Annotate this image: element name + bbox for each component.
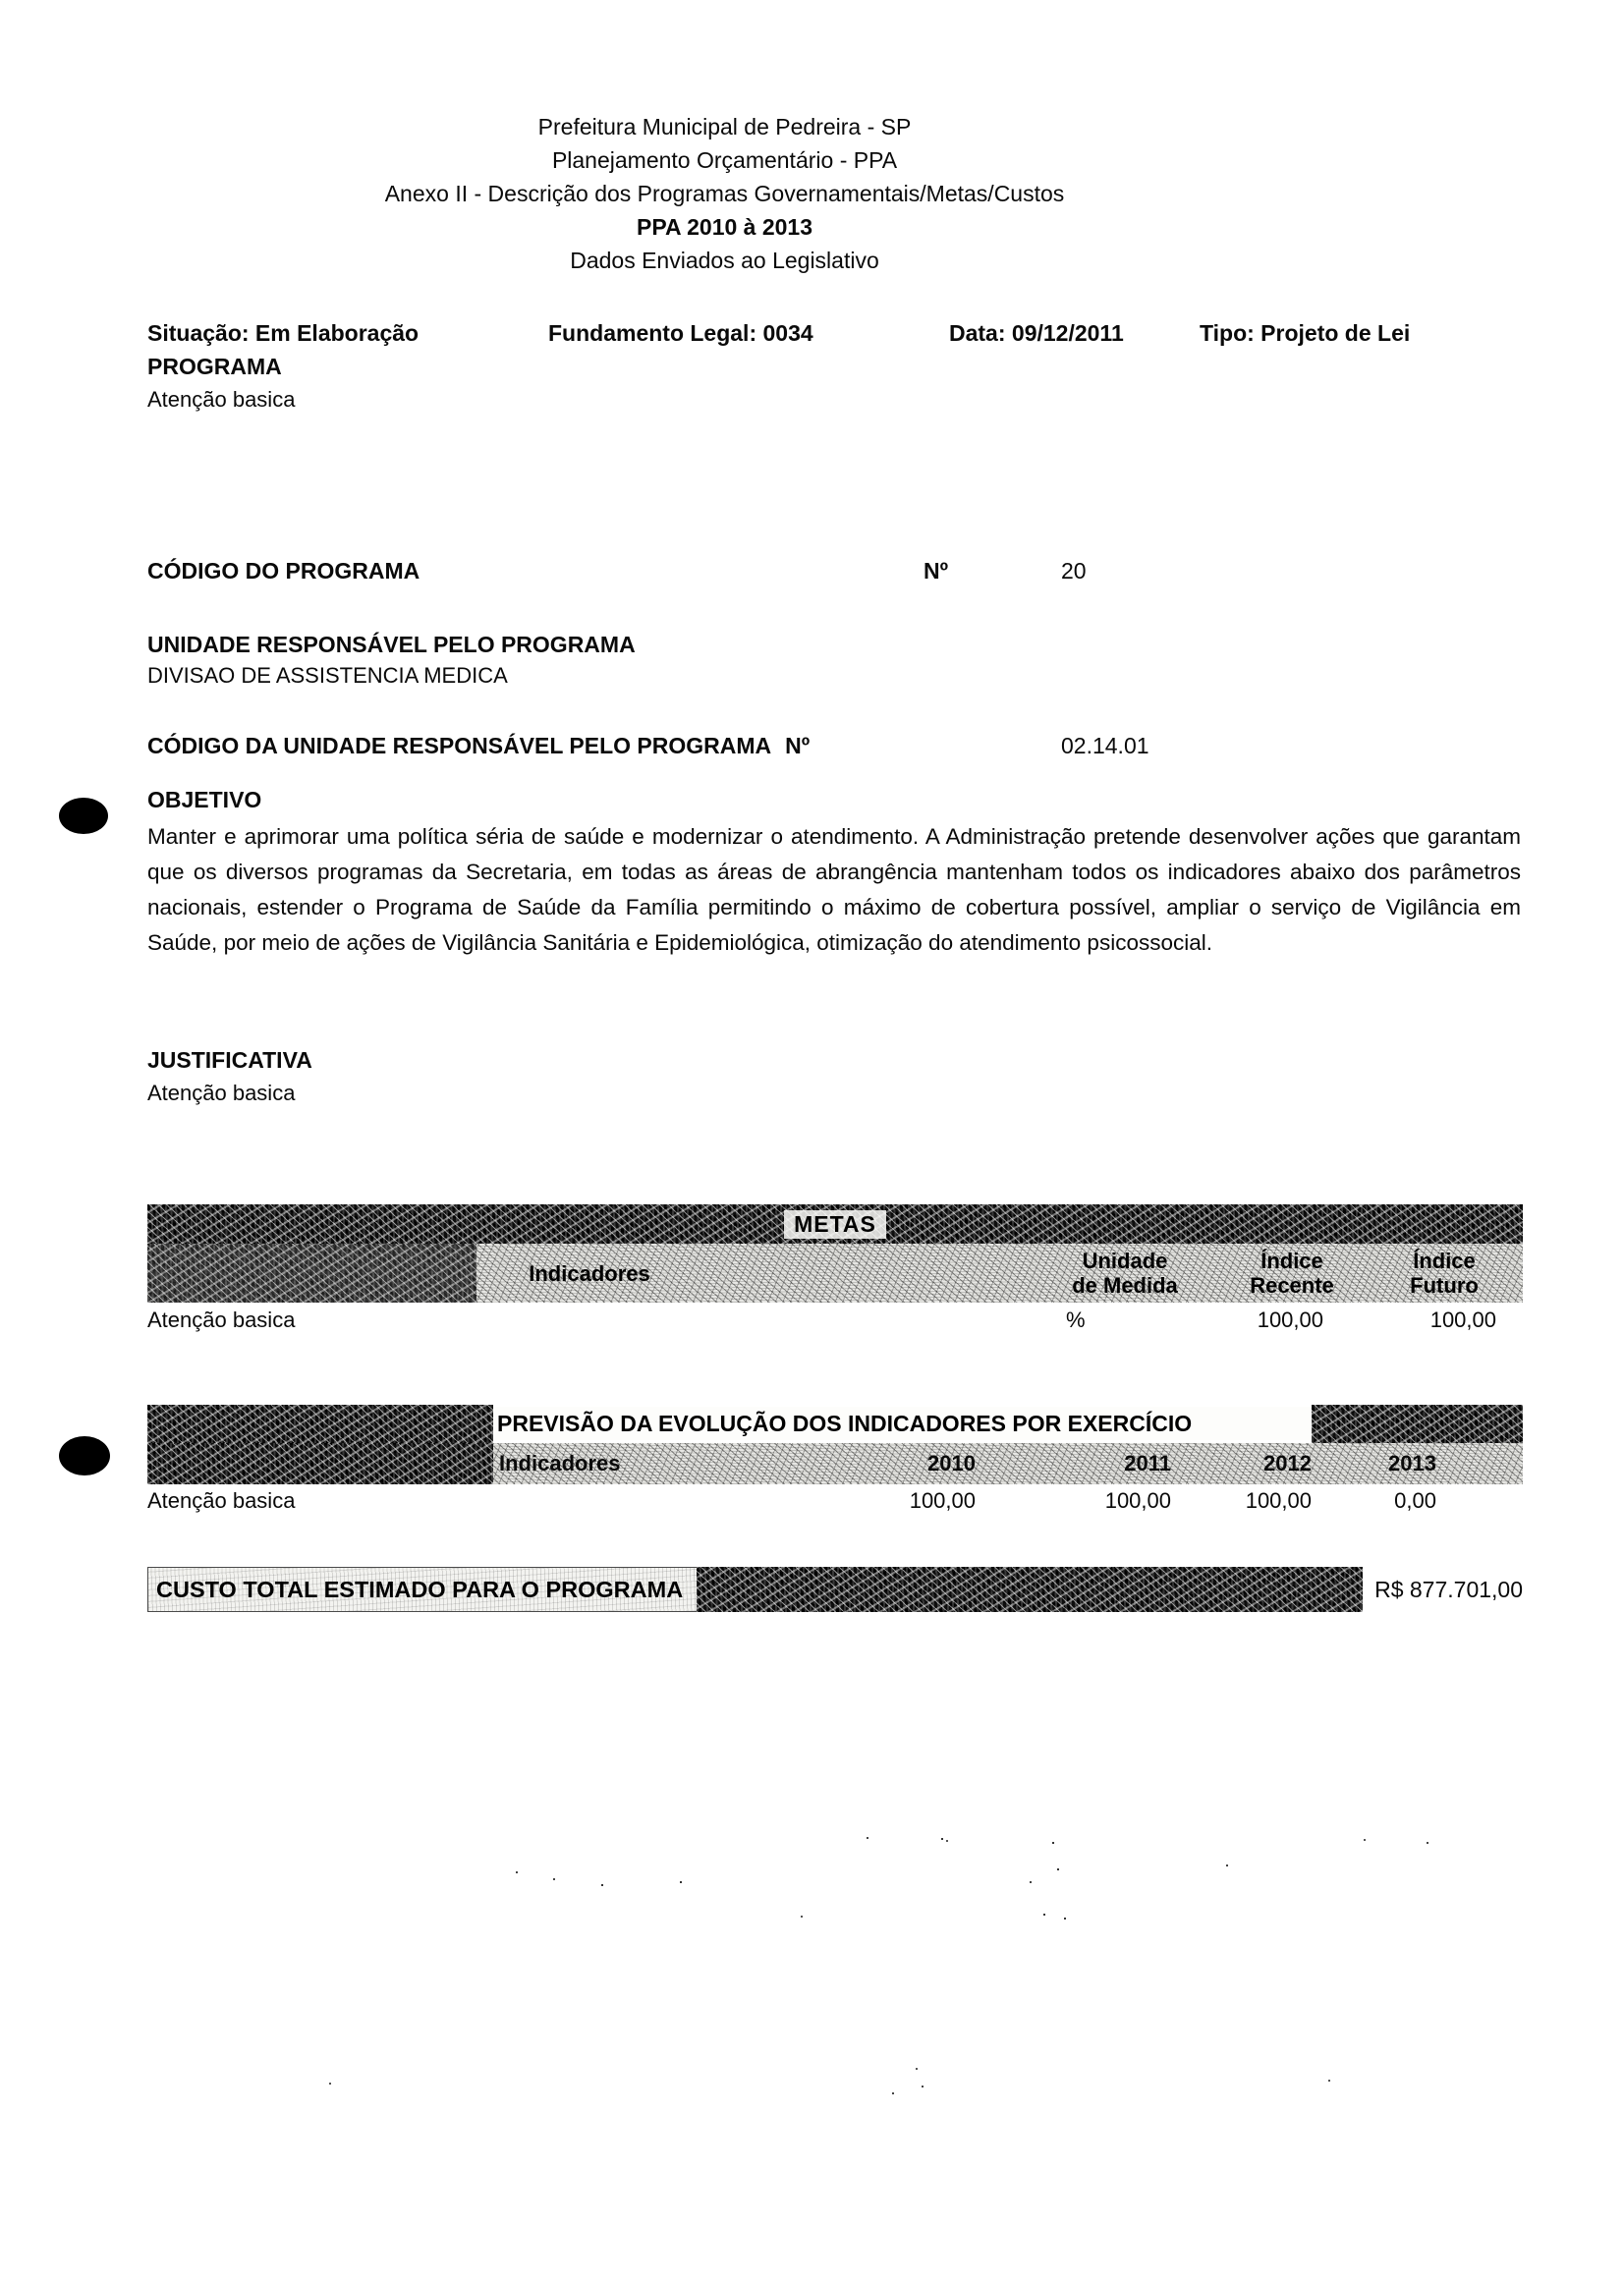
header-subtitle: Dados Enviados ao Legislativo bbox=[147, 244, 1302, 277]
metas-row-unidade: % bbox=[1032, 1303, 1218, 1338]
previsao-title: PREVISÃO DA EVOLUÇÃO DOS INDICADORES POR… bbox=[493, 1411, 1192, 1437]
previsao-title-band: PREVISÃO DA EVOLUÇÃO DOS INDICADORES POR… bbox=[147, 1405, 1523, 1443]
custo-total-row: CUSTO TOTAL ESTIMADO PARA O PROGRAMA R$ … bbox=[147, 1567, 1523, 1612]
previsao-table: PREVISÃO DA EVOLUÇÃO DOS INDICADORES POR… bbox=[147, 1405, 1523, 1518]
metas-header-band: Indicadores Unidade de Medida Índice Rec… bbox=[147, 1244, 1523, 1303]
codigo-unidade-label: CÓDIGO DA UNIDADE RESPONSÁVEL PELO PROGR… bbox=[147, 733, 771, 758]
metas-table: METAS Indicadores Unidade de Medida Índi… bbox=[147, 1204, 1523, 1338]
metas-header-row: Indicadores Unidade de Medida Índice Rec… bbox=[147, 1244, 1523, 1303]
header-municipality: Prefeitura Municipal de Pedreira - SP bbox=[147, 110, 1302, 143]
status-situacao: Situação: Em Elaboração bbox=[147, 316, 548, 350]
metas-col-indice-recente: Índice Recente bbox=[1218, 1249, 1366, 1298]
previsao-row-2013: 0,00 bbox=[1356, 1484, 1523, 1518]
status-fundamento-legal: Fundamento Legal: 0034 bbox=[548, 316, 949, 350]
metas-data-row: Atenção basica % 100,00 100,00 bbox=[147, 1303, 1523, 1338]
justificativa-value: Atenção basica bbox=[147, 1077, 1528, 1110]
metas-col-recente-line2: Recente bbox=[1218, 1273, 1366, 1298]
previsao-header-row: Indicadores 2010 2011 2012 2013 bbox=[147, 1443, 1523, 1484]
metas-col-futuro-line2: Futuro bbox=[1366, 1273, 1523, 1298]
document-content: Prefeitura Municipal de Pedreira - SP Pl… bbox=[0, 0, 1624, 1612]
objetivo-text: Manter e aprimorar uma política séria de… bbox=[147, 819, 1521, 961]
objetivo-label: OBJETIVO bbox=[147, 784, 1528, 815]
hole-punch-mark bbox=[59, 1436, 110, 1475]
metas-row-indice-recente: 100,00 bbox=[1218, 1303, 1366, 1338]
metas-row-indicador: Atenção basica bbox=[147, 1303, 1032, 1338]
previsao-row-indicador: Atenção basica bbox=[147, 1484, 825, 1518]
previsao-data-row: Atenção basica 100,00 100,00 100,00 0,00 bbox=[147, 1484, 1523, 1518]
previsao-col-2012: 2012 bbox=[1179, 1451, 1356, 1476]
scanned-document-page: Prefeitura Municipal de Pedreira - SP Pl… bbox=[0, 0, 1624, 2282]
metas-col-unidade-medida: Unidade de Medida bbox=[1032, 1249, 1218, 1298]
scan-blotch bbox=[1312, 1405, 1523, 1443]
programa-value: Atenção basica bbox=[147, 383, 1528, 417]
metas-col-unidade-line1: Unidade bbox=[1032, 1249, 1218, 1273]
metas-title-band: METAS bbox=[147, 1204, 1523, 1244]
custo-noise-band bbox=[697, 1567, 1363, 1612]
justificativa-label: JUSTIFICATIVA bbox=[147, 1043, 1528, 1077]
hole-punch-mark bbox=[59, 798, 108, 834]
status-row: Situação: Em Elaboração Fundamento Legal… bbox=[147, 316, 1528, 350]
header-ppa-period: PPA 2010 à 2013 bbox=[147, 210, 1302, 244]
scan-speckles bbox=[0, 2068, 2, 2070]
codigo-unidade-value: 02.14.01 bbox=[1061, 729, 1149, 762]
unidade-responsavel-value: DIVISAO DE ASSISTENCIA MEDICA bbox=[147, 660, 1528, 692]
status-data: Data: 09/12/2011 bbox=[949, 316, 1200, 350]
previsao-title-wrap: PREVISÃO DA EVOLUÇÃO DOS INDICADORES POR… bbox=[493, 1407, 1312, 1440]
codigo-programa-label: CÓDIGO DO PROGRAMA bbox=[147, 558, 420, 584]
programa-label: PROGRAMA bbox=[147, 350, 1528, 383]
previsao-row-2011: 100,00 bbox=[1002, 1484, 1179, 1518]
metas-title: METAS bbox=[784, 1210, 886, 1239]
codigo-unidade-numero-label: Nº bbox=[785, 733, 810, 758]
codigo-programa-row: CÓDIGO DO PROGRAMA Nº 20 bbox=[147, 554, 1528, 587]
header-department: Planejamento Orçamentário - PPA bbox=[147, 143, 1302, 177]
metas-row-indice-futuro: 100,00 bbox=[1366, 1303, 1523, 1338]
metas-col-unidade-line2: de Medida bbox=[1032, 1273, 1218, 1298]
scan-blotch bbox=[147, 1443, 493, 1484]
codigo-unidade-row: CÓDIGO DA UNIDADE RESPONSÁVEL PELO PROGR… bbox=[147, 729, 1528, 762]
document-header: Prefeitura Municipal de Pedreira - SP Pl… bbox=[147, 110, 1302, 277]
header-annex-title: Anexo II - Descrição dos Programas Gover… bbox=[147, 177, 1302, 210]
previsao-row-2010: 100,00 bbox=[825, 1484, 1002, 1518]
previsao-col-indicadores: Indicadores bbox=[493, 1451, 825, 1476]
status-tipo: Tipo: Projeto de Lei bbox=[1200, 316, 1528, 350]
codigo-programa-numero-label: Nº bbox=[924, 554, 948, 587]
unidade-responsavel-label: UNIDADE RESPONSÁVEL PELO PROGRAMA bbox=[147, 629, 1528, 660]
previsao-col-2013: 2013 bbox=[1356, 1451, 1523, 1476]
custo-total-value: R$ 877.701,00 bbox=[1363, 1567, 1523, 1612]
metas-col-futuro-line1: Índice bbox=[1366, 1249, 1523, 1273]
unidade-responsavel-block: UNIDADE RESPONSÁVEL PELO PROGRAMA DIVISA… bbox=[147, 629, 1528, 692]
previsao-col-2011: 2011 bbox=[1002, 1451, 1179, 1476]
previsao-row-2012: 100,00 bbox=[1179, 1484, 1356, 1518]
scan-speckles bbox=[0, 1837, 2, 1839]
metas-col-indice-futuro: Índice Futuro bbox=[1366, 1249, 1523, 1298]
metas-col-recente-line1: Índice bbox=[1218, 1249, 1366, 1273]
scan-blotch bbox=[147, 1405, 493, 1443]
custo-total-label: CUSTO TOTAL ESTIMADO PARA O PROGRAMA bbox=[147, 1567, 697, 1612]
codigo-programa-value: 20 bbox=[1061, 554, 1087, 587]
previsao-col-2010: 2010 bbox=[825, 1451, 1002, 1476]
metas-col-indicadores: Indicadores bbox=[147, 1261, 1032, 1286]
